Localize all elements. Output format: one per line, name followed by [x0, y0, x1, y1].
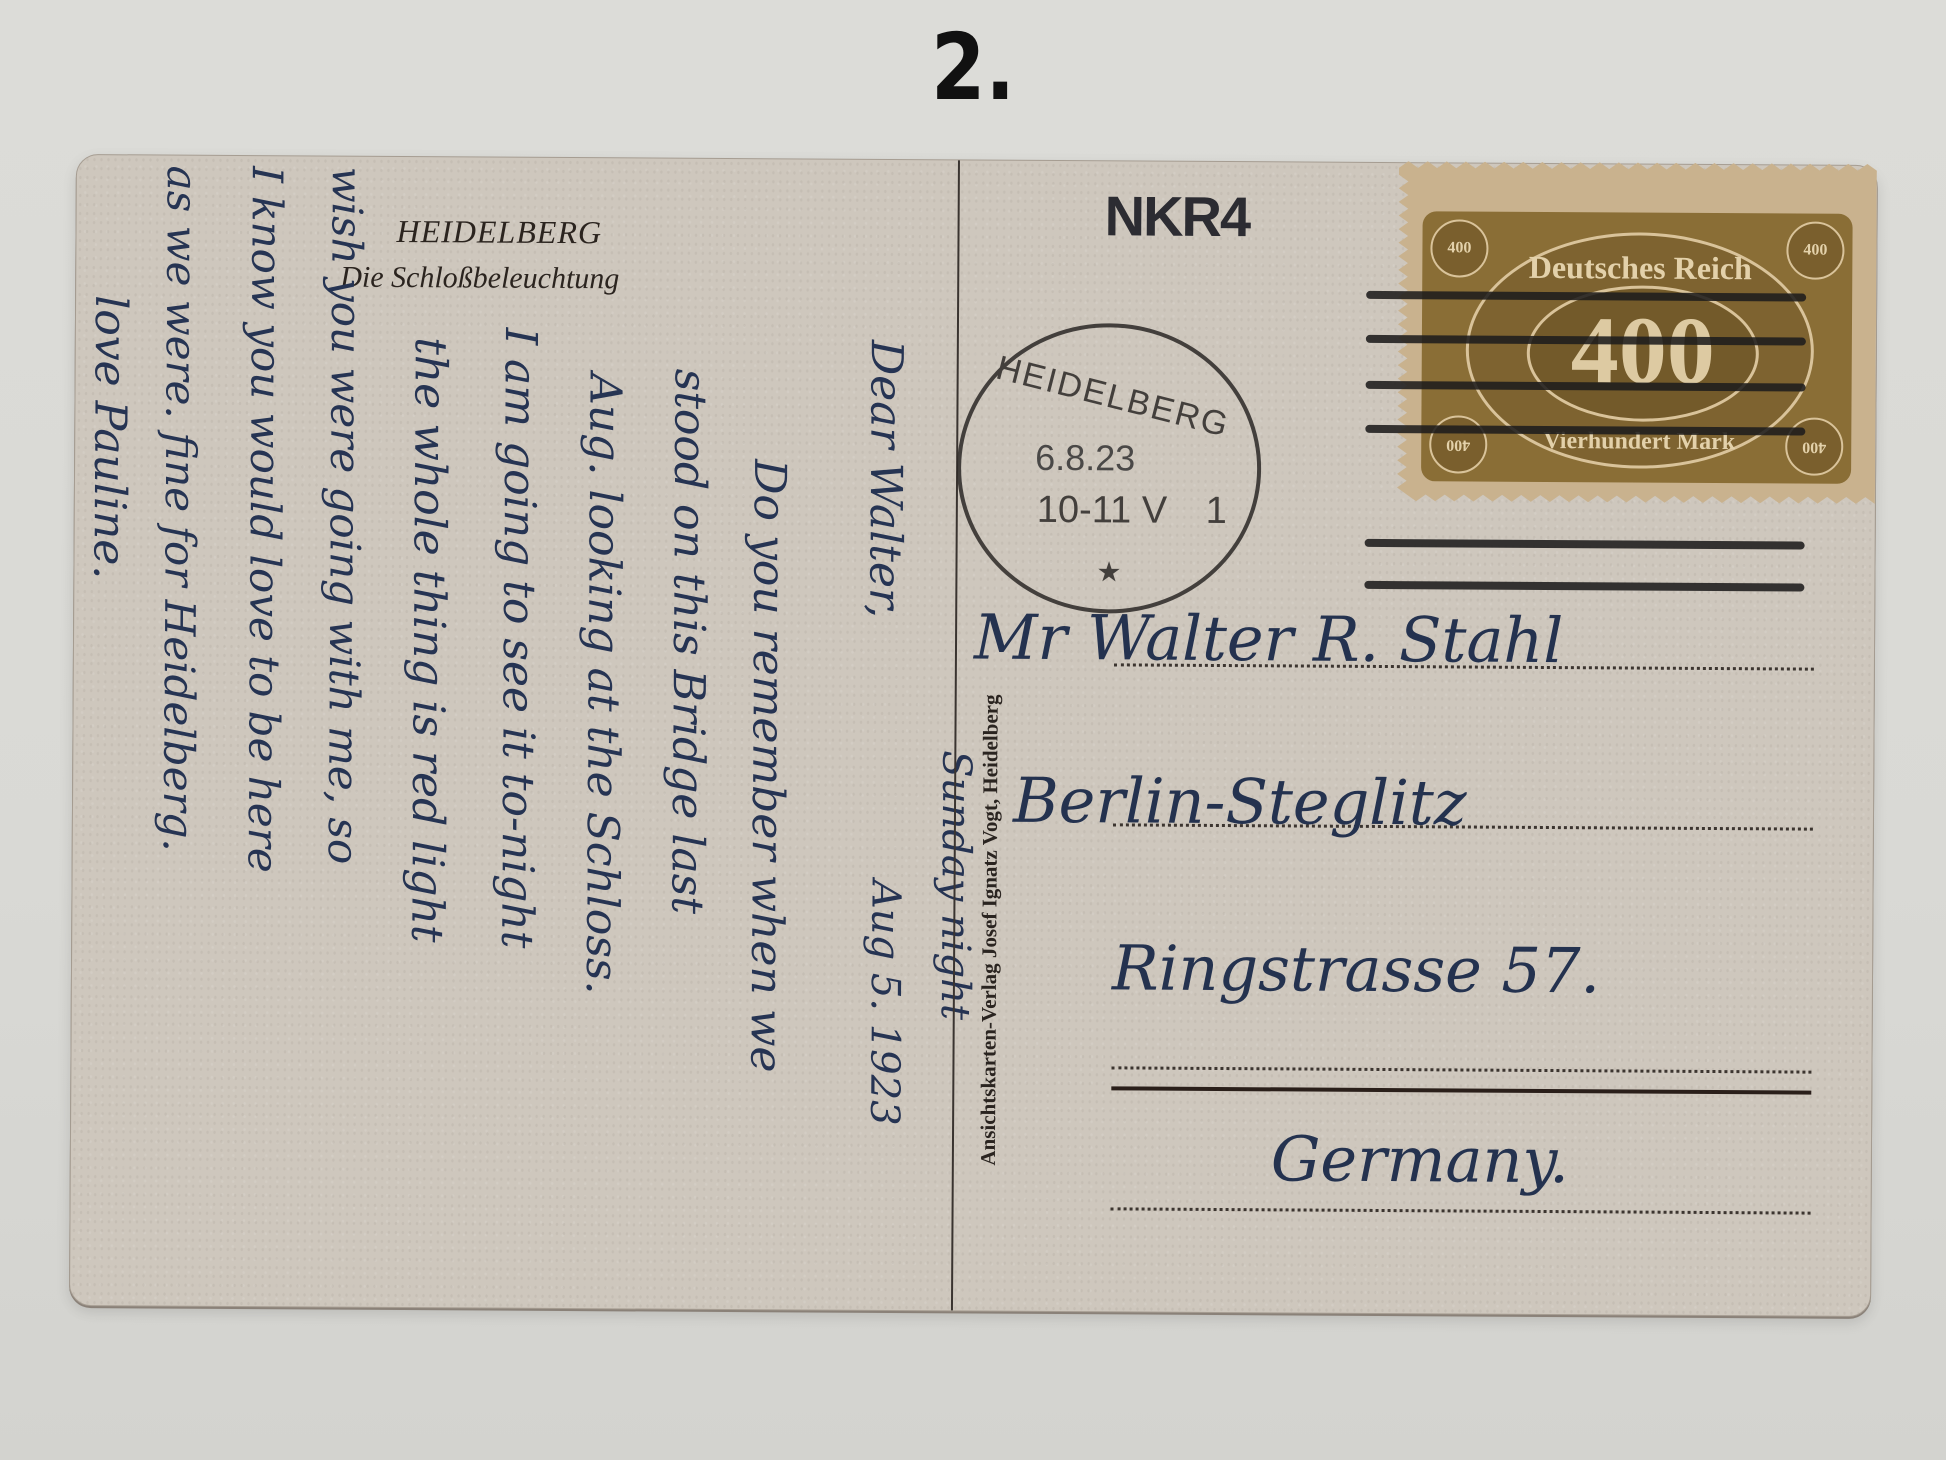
card-subtitle: Die Schloßbeleuchtung: [340, 261, 619, 297]
stamp-country-text: Deutsches Reich: [1469, 249, 1811, 288]
postmark-date: 6.8.23: [1035, 437, 1135, 480]
message-line: wish you were going with me, so: [319, 167, 372, 865]
address-country: Germany.: [1271, 1122, 1569, 1197]
registration-mark: NKR4: [1104, 183, 1249, 249]
stamp-inner-oval: 400: [1526, 285, 1759, 422]
postmark-town: HEIDELBERG: [992, 349, 1233, 446]
message-line: as we were. fine for Heidelberg.: [154, 166, 207, 853]
message-dateline-date: Aug 5. 1923: [861, 880, 908, 1126]
message-signature: love Pauline.: [83, 295, 136, 579]
message-line: Do you remember when we: [740, 459, 795, 1073]
postmark-suffix: 1: [1206, 490, 1227, 532]
card-title: HEIDELBERG: [396, 213, 602, 251]
message-line: I know you would love to be here: [239, 166, 292, 873]
postmark-time-text: 10-11 V: [1037, 489, 1168, 532]
address-name: Mr Walter R. Stahl: [974, 600, 1564, 677]
message-line: stood on this Bridge last: [661, 369, 715, 915]
cancellation-bar: [1364, 581, 1804, 592]
publisher-imprint: Ansichtskarten-Verlag Josef Ignatz Vogt,…: [976, 694, 1004, 1165]
message-salutation: Dear Walter,: [859, 340, 912, 618]
postmark-time: 10-11 V 1: [1037, 489, 1227, 533]
postmark: HEIDELBERG 6.8.23 10-11 V 1 ★: [956, 322, 1262, 614]
address-rule: [1111, 1086, 1811, 1094]
star-icon: ★: [1096, 555, 1121, 588]
stamp-design: 400 400 400 400 Deutsches Reich 400 Vier…: [1421, 211, 1853, 484]
cancellation-bar: [1365, 539, 1805, 550]
address-street: Ringstrasse 57.: [1112, 931, 1601, 1007]
address-line: [1111, 1207, 1811, 1214]
message-line: I am going to see it to-night: [491, 328, 546, 949]
address-line: [1111, 1066, 1811, 1073]
address-city: Berlin-Steglitz: [1013, 764, 1467, 840]
message-line: the whole thing is red light: [401, 337, 456, 943]
message-line: Aug. looking at the Schloss.: [576, 373, 631, 995]
divider-line: [951, 160, 960, 1310]
page-number: 2.: [146, 0, 1800, 114]
postage-stamp: 400 400 400 400 Deutsches Reich 400 Vier…: [1397, 161, 1877, 504]
postcard: HEIDELBERG Die Schloßbeleuchtung Dear Wa…: [69, 154, 1878, 1317]
